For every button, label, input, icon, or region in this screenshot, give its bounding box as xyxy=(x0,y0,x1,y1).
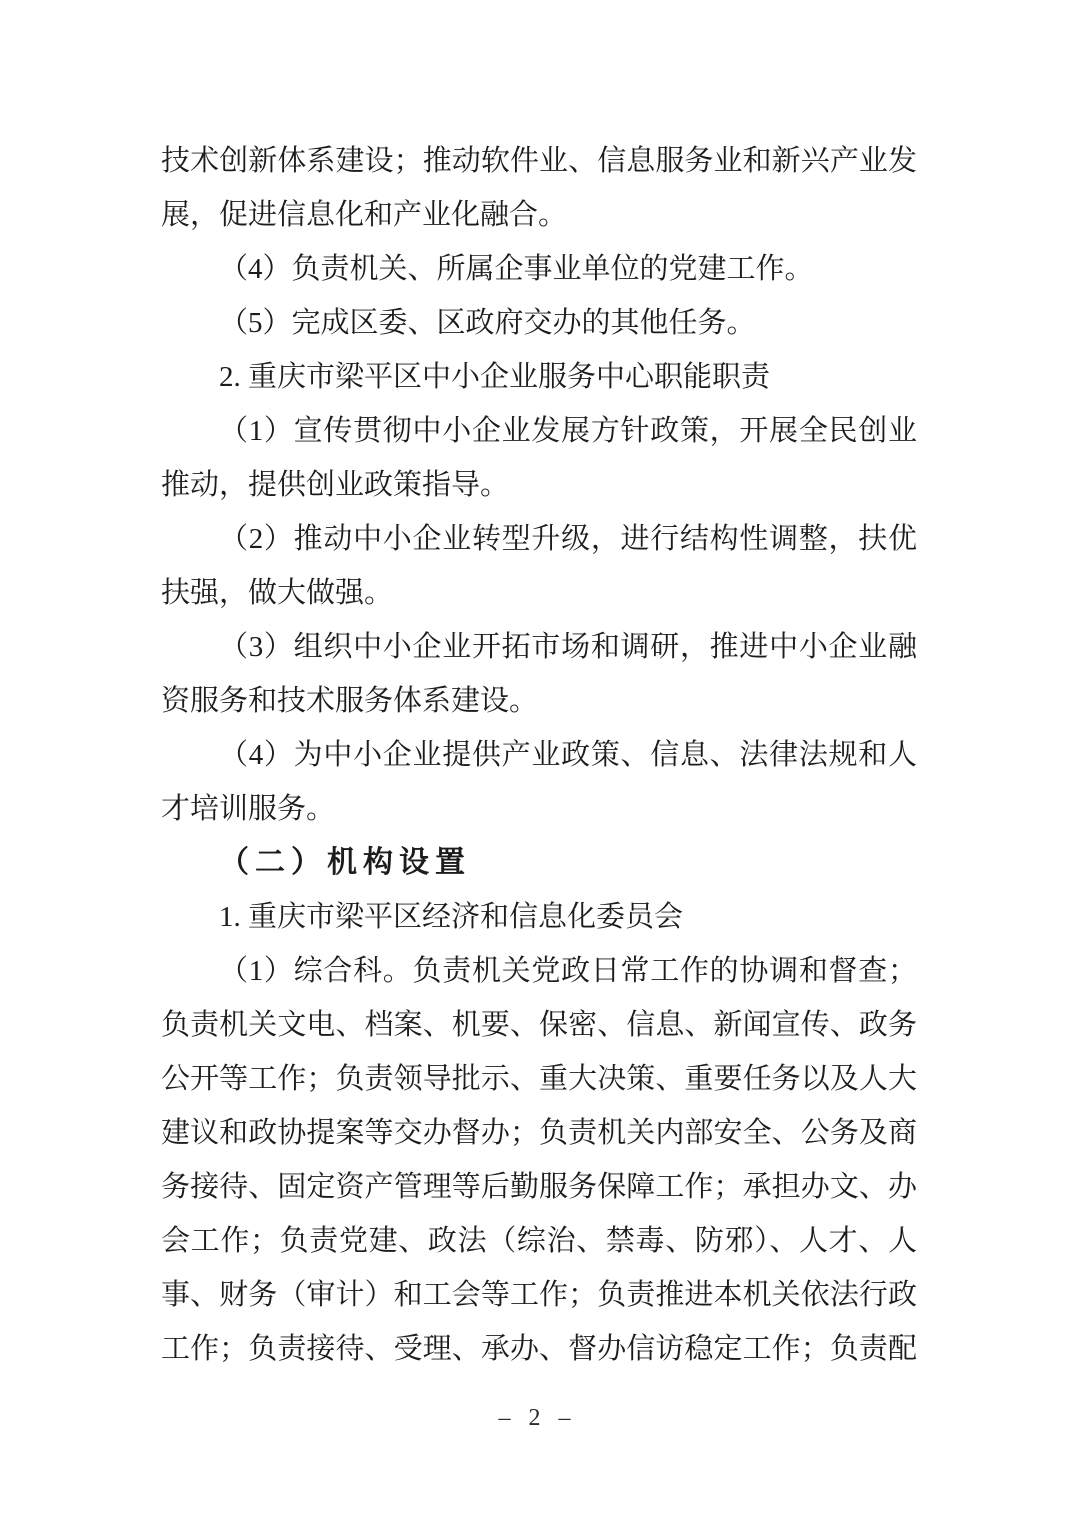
text-line: 推动，提供创业政策指导。 xyxy=(161,458,917,512)
paragraph: （1）综合科。负责机关党政日常工作的协调和督查； 负责机关文电、档案、机要、保密… xyxy=(161,944,917,1376)
text-line: 工作；负责接待、受理、承办、督办信访稳定工作；负责配 xyxy=(161,1322,917,1376)
text-line: 建议和政协提案等交办督办；负责机关内部安全、公务及商 xyxy=(161,1106,917,1160)
section-heading-text: （二）机构设置 xyxy=(161,836,917,890)
paragraph: （3）组织中小企业开拓市场和调研，推进中小企业融 资服务和技术服务体系建设。 xyxy=(161,620,917,728)
text-line: 才培训服务。 xyxy=(161,782,917,836)
text-line: 会工作；负责党建、政法（综治、禁毒、防邪）、人才、人 xyxy=(161,1214,917,1268)
paragraph: （4）为中小企业提供产业政策、信息、法律法规和人 才培训服务。 xyxy=(161,728,917,836)
text-line: 1. 重庆市梁平区经济和信息化委员会 xyxy=(161,890,917,944)
text-line: 扶强，做大做强。 xyxy=(161,566,917,620)
text-line: （1）综合科。负责机关党政日常工作的协调和督查； xyxy=(161,944,917,998)
text-line: （4）为中小企业提供产业政策、信息、法律法规和人 xyxy=(161,728,917,782)
text-line: 事、财务（审计）和工会等工作；负责推进本机关依法行政 xyxy=(161,1268,917,1322)
text-line: （4）负责机关、所属企事业单位的党建工作。 xyxy=(161,242,917,296)
text-line: 展，促进信息化和产业化融合。 xyxy=(161,188,917,242)
paragraph-numbered-heading: 2. 重庆市梁平区中小企业服务中心职能职责 xyxy=(161,350,917,404)
text-line: 负责机关文电、档案、机要、保密、信息、新闻宣传、政务 xyxy=(161,998,917,1052)
paragraph: （2）推动中小企业转型升级，进行结构性调整，扶优 扶强，做大做强。 xyxy=(161,512,917,620)
text-line: 务接待、固定资产管理等后勤服务保障工作；承担办文、办 xyxy=(161,1160,917,1214)
text-line: 公开等工作；负责领导批示、重大决策、重要任务以及人大 xyxy=(161,1052,917,1106)
paragraph: （5）完成区委、区政府交办的其他任务。 xyxy=(161,296,917,350)
paragraph: （4）负责机关、所属企事业单位的党建工作。 xyxy=(161,242,917,296)
text-line: （1）宣传贯彻中小企业发展方针政策，开展全民创业 xyxy=(161,404,917,458)
document-body: 技术创新体系建设；推动软件业、信息服务业和新兴产业发 展，促进信息化和产业化融合… xyxy=(161,134,917,1376)
paragraph: 技术创新体系建设；推动软件业、信息服务业和新兴产业发 展，促进信息化和产业化融合… xyxy=(161,134,917,242)
text-line: 2. 重庆市梁平区中小企业服务中心职能职责 xyxy=(161,350,917,404)
paragraph: （1）宣传贯彻中小企业发展方针政策，开展全民创业 推动，提供创业政策指导。 xyxy=(161,404,917,512)
section-heading: （二）机构设置 xyxy=(161,836,917,890)
text-line: （5）完成区委、区政府交办的其他任务。 xyxy=(161,296,917,350)
document-page: 技术创新体系建设；推动软件业、信息服务业和新兴产业发 展，促进信息化和产业化融合… xyxy=(0,0,1075,1520)
text-line: （2）推动中小企业转型升级，进行结构性调整，扶优 xyxy=(161,512,917,566)
text-line: 资服务和技术服务体系建设。 xyxy=(161,674,917,728)
text-line: 技术创新体系建设；推动软件业、信息服务业和新兴产业发 xyxy=(161,134,917,188)
paragraph-numbered-heading: 1. 重庆市梁平区经济和信息化委员会 xyxy=(161,890,917,944)
text-line: （3）组织中小企业开拓市场和调研，推进中小企业融 xyxy=(161,620,917,674)
page-number: – 2 – xyxy=(0,1405,1075,1432)
